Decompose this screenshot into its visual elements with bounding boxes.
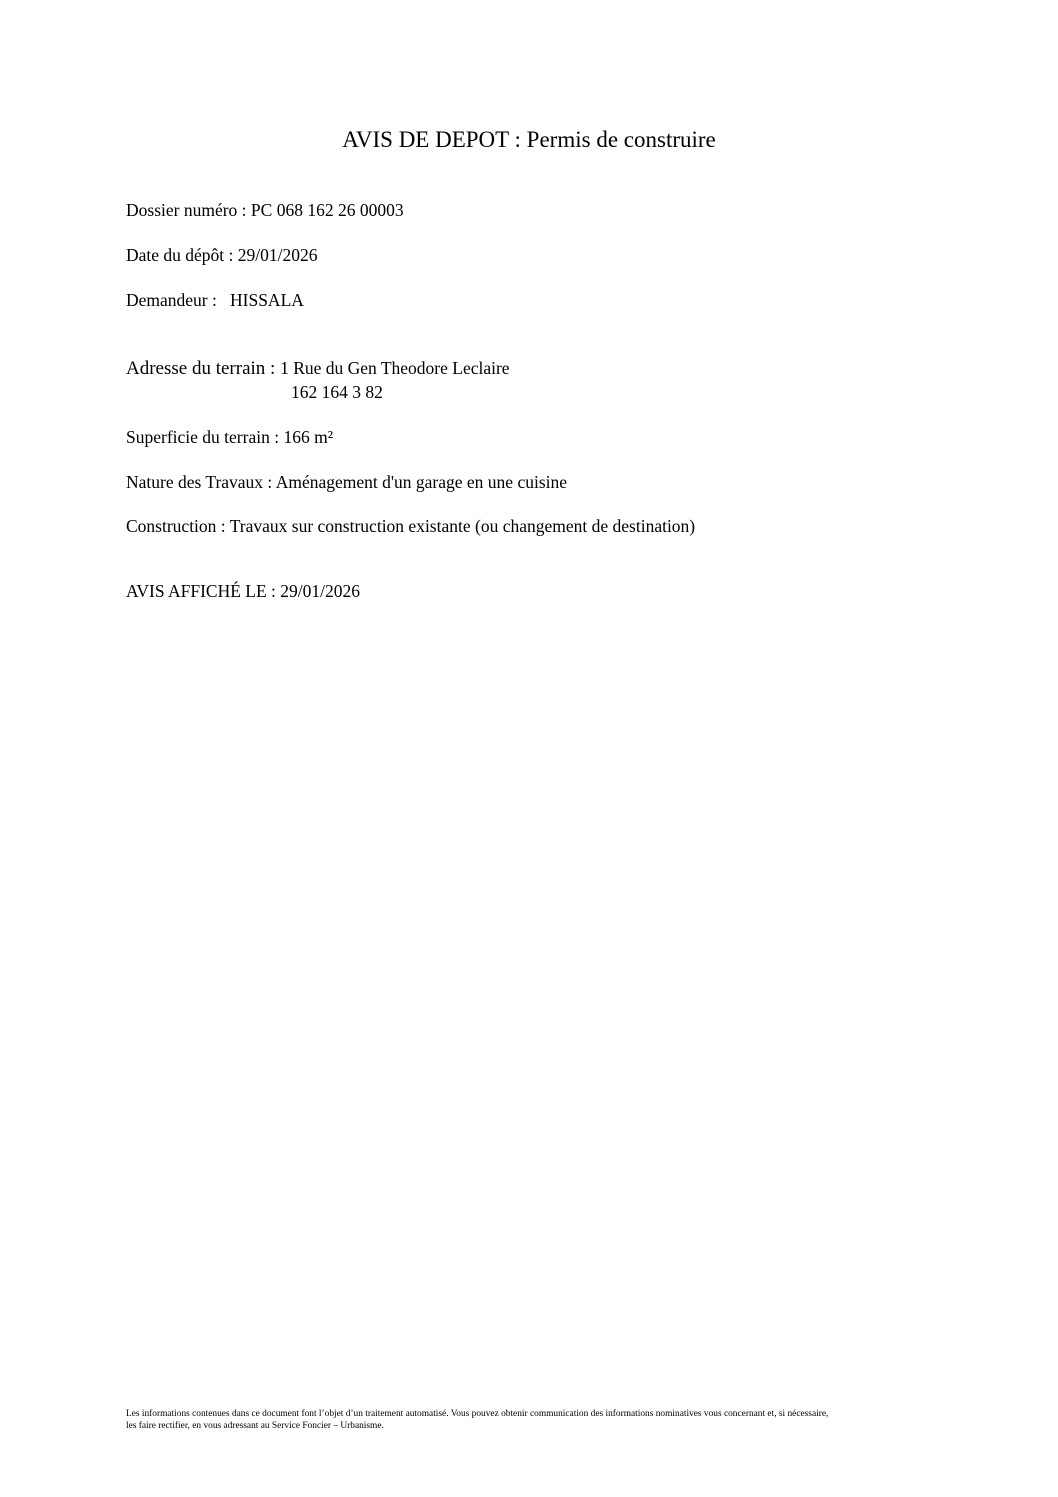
applicant-field: Demandeur : HISSALA (126, 289, 304, 311)
works-nature-value: Aménagement d'un garage en une cuisine (276, 472, 567, 492)
privacy-footer: Les informations contenues dans ce docum… (126, 1408, 931, 1432)
land-area-field: Superficie du terrain : 166 m² (126, 426, 333, 448)
dossier-number-field: Dossier numéro : PC 068 162 26 00003 (126, 199, 404, 221)
applicant-label: Demandeur : (126, 290, 230, 310)
footer-line-1: Les informations contenues dans ce docum… (126, 1408, 931, 1420)
construction-value: Travaux sur construction existante (ou c… (230, 516, 695, 536)
land-area-label: Superficie du terrain : (126, 427, 283, 447)
deposit-date-value: 29/01/2026 (238, 245, 318, 265)
land-address-label: Adresse du terrain : (126, 358, 280, 379)
land-address-line1: 1 Rue du Gen Theodore Leclaire (280, 358, 510, 378)
construction-field: Construction : Travaux sur construction … (126, 515, 695, 537)
deposit-date-field: Date du dépôt : 29/01/2026 (126, 244, 318, 266)
land-address-line2: 162 164 3 82 (291, 381, 383, 403)
works-nature-label: Nature des Travaux : (126, 472, 276, 492)
footer-line-2: les faire rectifier, en vous adressant a… (126, 1420, 931, 1432)
posted-date-label: AVIS AFFICHÉ LE : (126, 581, 280, 601)
posted-date-value: 29/01/2026 (280, 581, 360, 601)
land-area-value: 166 m² (283, 427, 332, 447)
applicant-value: HISSALA (230, 290, 304, 310)
land-address-field: Adresse du terrain : 1 Rue du Gen Theodo… (126, 357, 510, 380)
works-nature-field: Nature des Travaux : Aménagement d'un ga… (126, 471, 567, 493)
dossier-number-value: PC 068 162 26 00003 (251, 200, 404, 220)
construction-label: Construction : (126, 516, 230, 536)
document-title: AVIS DE DEPOT : Permis de construire (0, 125, 1058, 155)
posted-date-field: AVIS AFFICHÉ LE : 29/01/2026 (126, 580, 360, 602)
document-page: AVIS DE DEPOT : Permis de construire Dos… (0, 0, 1058, 1497)
dossier-number-label: Dossier numéro : (126, 200, 251, 220)
deposit-date-label: Date du dépôt : (126, 245, 238, 265)
